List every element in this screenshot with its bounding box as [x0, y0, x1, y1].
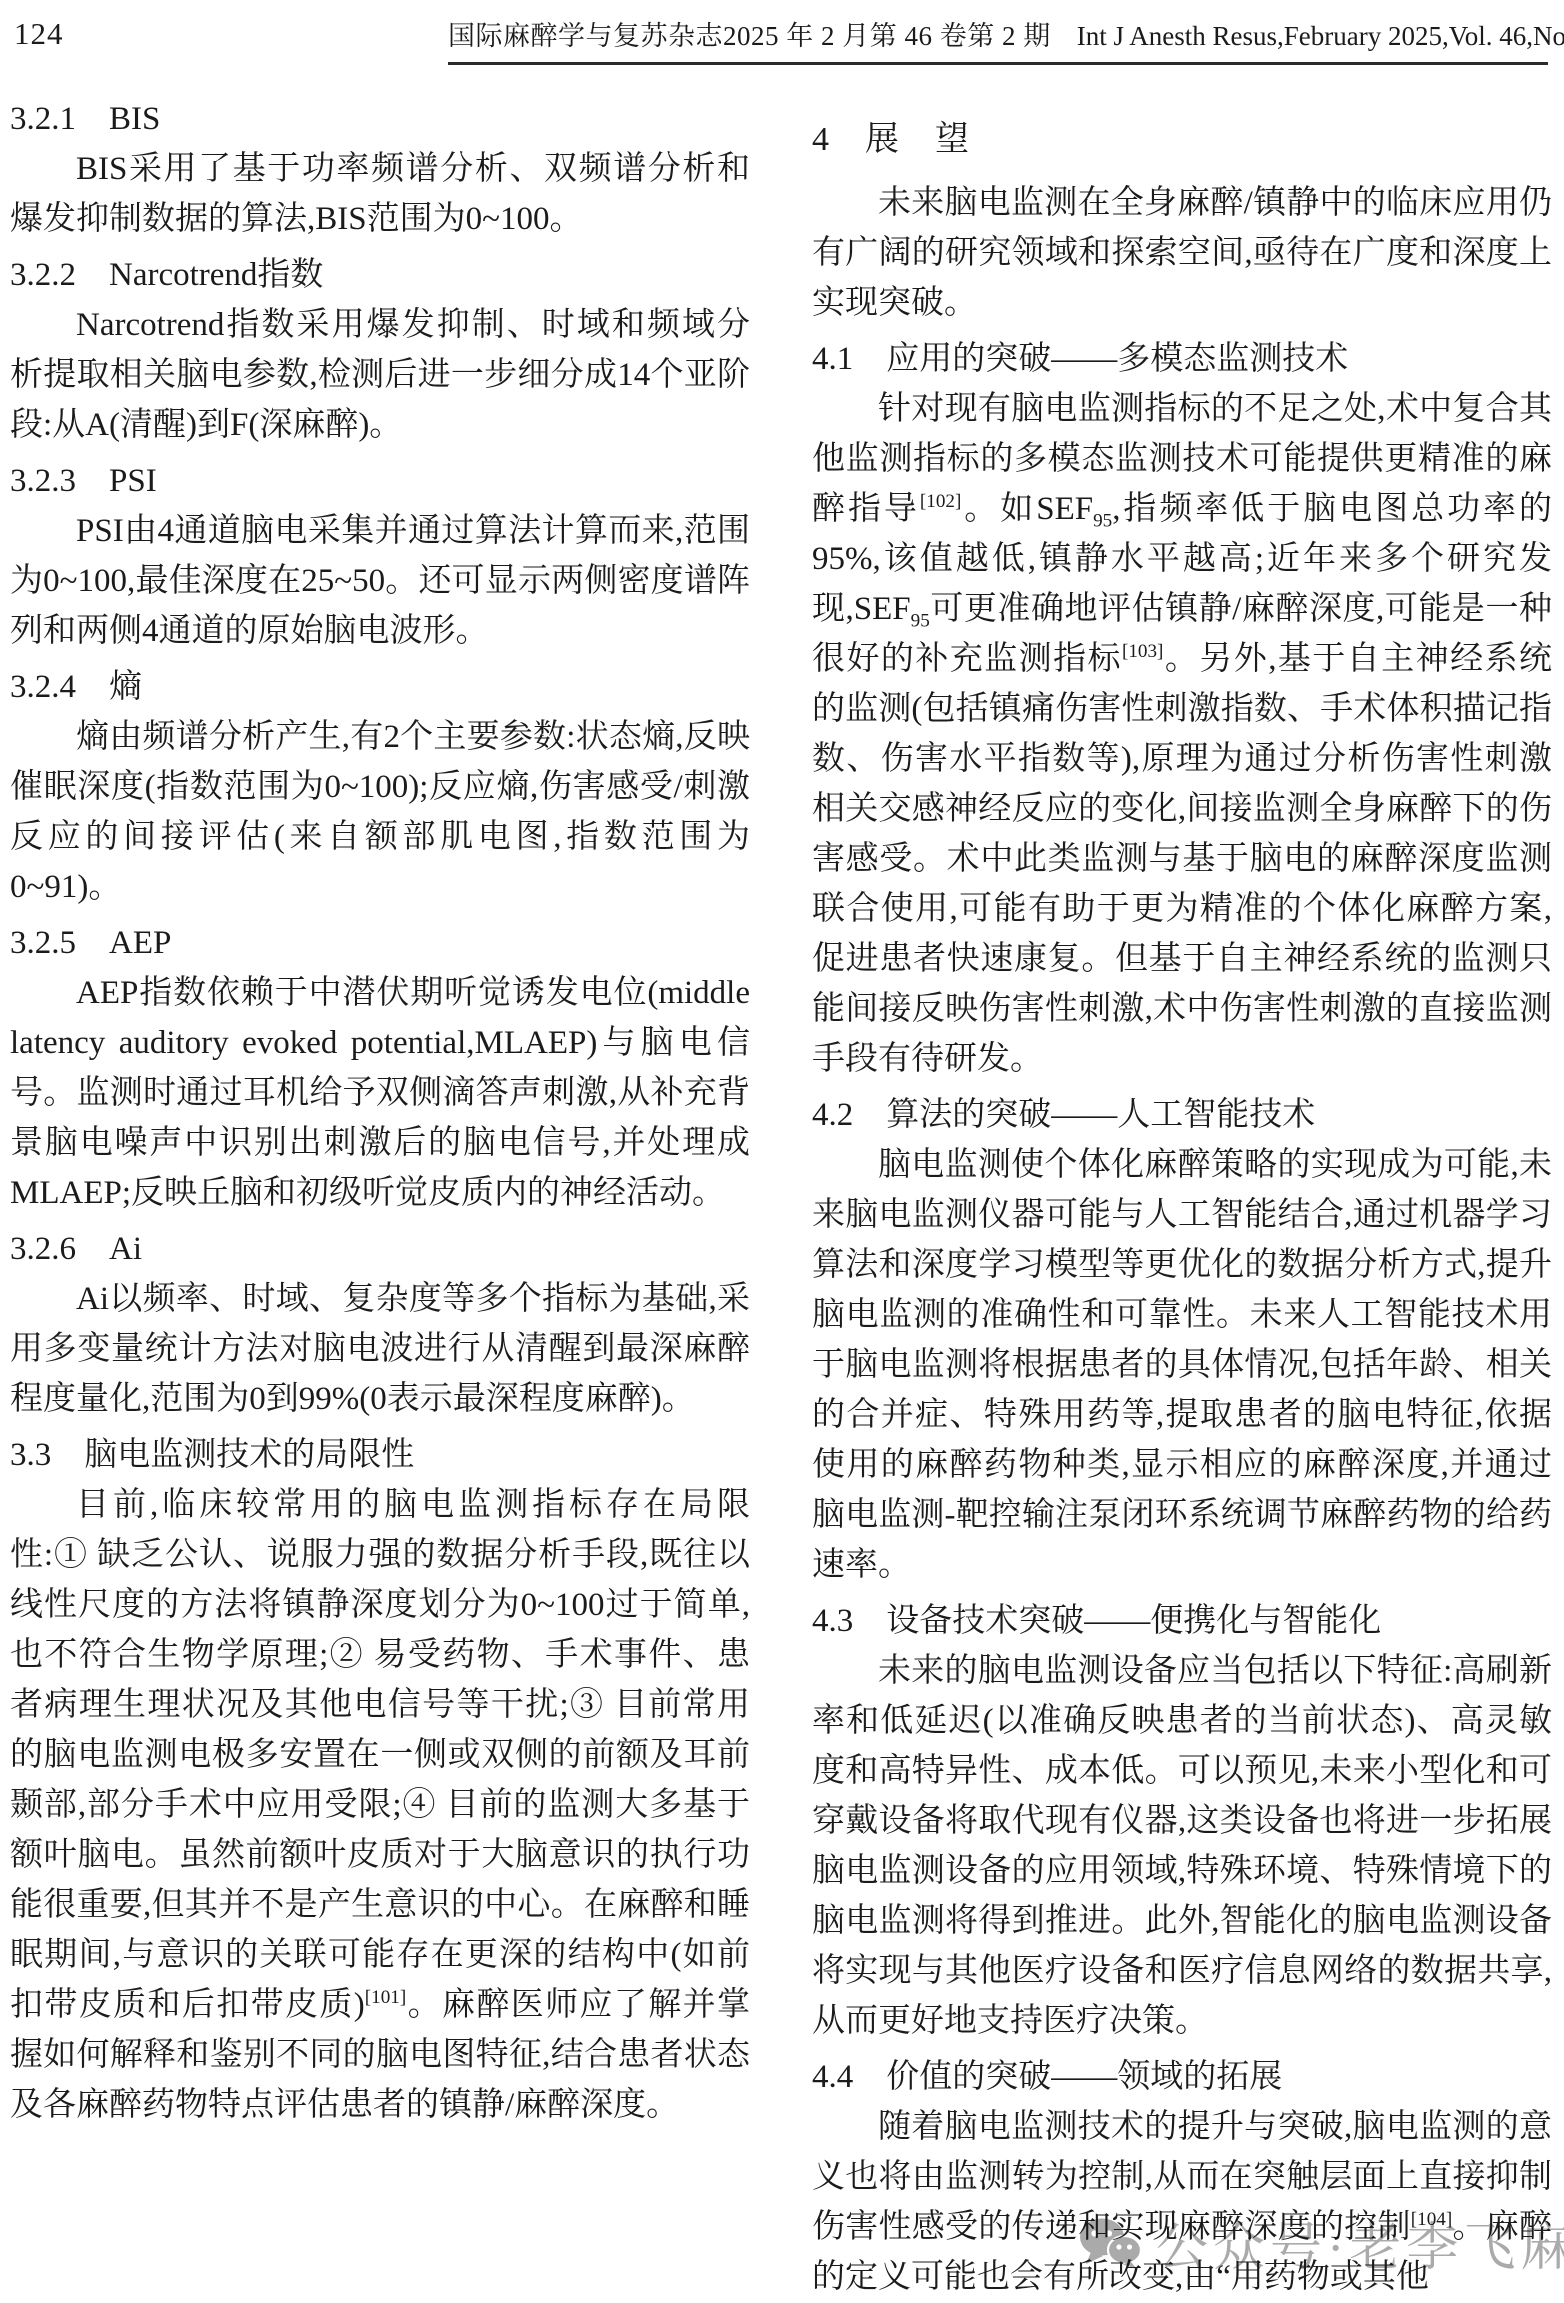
- paragraph-value: 随着脑电监测技术的提升与突破,脑电监测的意义也将由监测转为控制,从而在突触层面上…: [812, 2102, 1552, 2302]
- paragraph-narcotrend: Narcotrend指数采用爆发抑制、时域和频域分析提取相关脑电参数,检测后进一…: [10, 300, 750, 450]
- heading-3-2-4-entropy: 3.2.4 熵: [10, 662, 750, 712]
- heading-4-2-ai-algorithm: 4.2 算法的突破——人工智能技术: [812, 1090, 1552, 1140]
- heading-3-2-6-ai: 3.2.6 Ai: [10, 1224, 750, 1274]
- paragraph-limitations: 目前,临床较常用的脑电监测指标存在局限性:① 缺乏公认、说服力强的数据分析手段,…: [10, 1480, 750, 2130]
- heading-3-2-3-psi: 3.2.3 PSI: [10, 456, 750, 506]
- right-column: 4 展 望 未来脑电监测在全身麻醉/镇静中的临床应用仍有广阔的研究领域和探索空间…: [812, 88, 1552, 2302]
- paragraph-entropy: 熵由频谱分析产生,有2个主要参数:状态熵,反映催眠深度(指数范围为0~100);…: [10, 712, 750, 912]
- paragraph-outlook-intro: 未来脑电监测在全身麻醉/镇静中的临床应用仍有广阔的研究领域和探索空间,亟待在广度…: [812, 178, 1552, 328]
- heading-3-2-5-aep: 3.2.5 AEP: [10, 918, 750, 968]
- page-number: 124: [14, 16, 64, 52]
- paragraph-multimodal: 针对现有脑电监测指标的不足之处,术中复合其他监测指标的多模态监测技术可能提供更精…: [812, 384, 1552, 1084]
- paragraph-aep: AEP指数依赖于中潜伏期听觉诱发电位(middle latency audito…: [10, 968, 750, 1218]
- journal-page: 124 国际麻醉学与复苏杂志2025 年 2 月第 46 卷第 2 期Int J…: [0, 0, 1564, 2303]
- heading-3-3-limitations: 3.3 脑电监测技术的局限性: [10, 1430, 750, 1480]
- heading-4-outlook: 4 展 望: [812, 114, 1552, 166]
- paragraph-psi: PSI由4通道脑电采集并通过算法计算而来,范围为0~100,最佳深度在25~50…: [10, 506, 750, 656]
- journal-title-en: Int J Anesth Resus,February 2025,Vol. 46…: [1077, 21, 1564, 51]
- heading-4-4-value: 4.4 价值的突破——领域的拓展: [812, 2052, 1552, 2102]
- heading-3-2-2-narcotrend: 3.2.2 Narcotrend指数: [10, 250, 750, 300]
- heading-3-2-1-bis: 3.2.1 BIS: [10, 94, 750, 144]
- paragraph-ai-algorithm: 脑电监测使个体化麻醉策略的实现成为可能,未来脑电监测仪器可能与人工智能结合,通过…: [812, 1140, 1552, 1590]
- heading-4-3-device: 4.3 设备技术突破——便携化与智能化: [812, 1596, 1552, 1646]
- running-head: 国际麻醉学与复苏杂志2025 年 2 月第 46 卷第 2 期Int J Ane…: [448, 14, 1548, 65]
- paragraph-device: 未来的脑电监测设备应当包括以下特征:高刷新率和低延迟(以准确反映患者的当前状态)…: [812, 1646, 1552, 2046]
- heading-4-1-multimodal: 4.1 应用的突破——多模态监测技术: [812, 334, 1552, 384]
- paragraph-bis: BIS采用了基于功率频谱分析、双频谱分析和爆发抑制数据的算法,BIS范围为0~1…: [10, 144, 750, 244]
- paragraph-ai: Ai以频率、时域、复杂度等多个指标为基础,采用多变量统计方法对脑电波进行从清醒到…: [10, 1274, 750, 1424]
- left-column: 3.2.1 BIS BIS采用了基于功率频谱分析、双频谱分析和爆发抑制数据的算法…: [10, 88, 750, 2130]
- journal-title-cn: 国际麻醉学与复苏杂志2025 年 2 月第 46 卷第 2 期: [448, 21, 1051, 51]
